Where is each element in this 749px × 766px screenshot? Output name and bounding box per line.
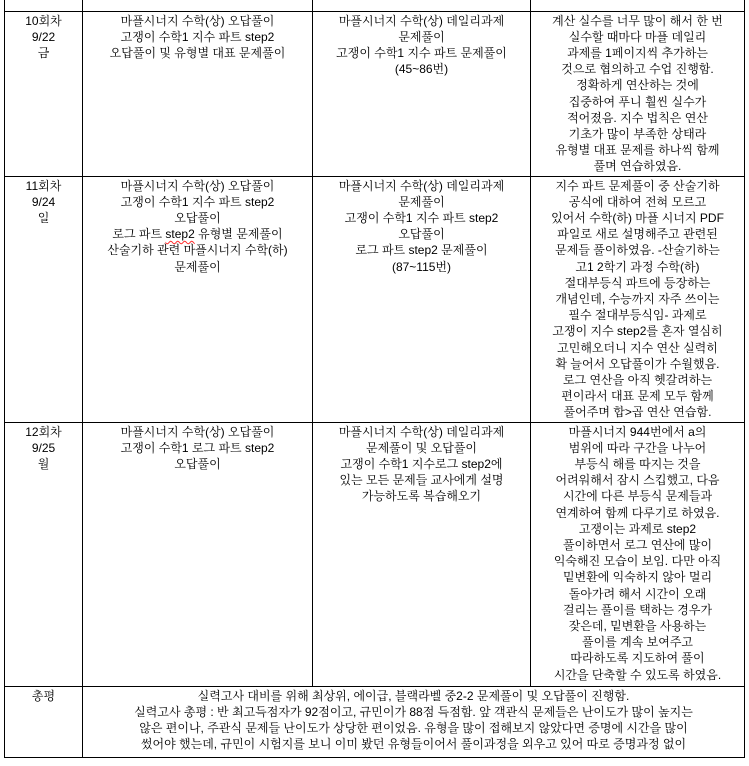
comment-cell: 계산 실수를 너무 많이 해서 한 번 실수할 때마다 마플 데일리 과제를 1… [531,11,745,176]
misspelled-word: step2 [165,227,194,241]
homework-cell: 마플시너지 수학(상) 데일리과제 문제풀이 고쟁이 수학1 지수 파트 ste… [313,176,531,422]
table-row-summary: 총평 실력고사 대비를 위해 최상위, 에이급, 블랙라벨 중2-2 문제풀이 … [5,686,745,757]
table-row-session-10: 10회차 9/22 금 마플시너지 수학(상) 오답풀이 고쟁이 수학1 지수 … [5,11,745,176]
lesson-cell: 마플시너지 수학(상) 오답풀이 고쟁이 수학1 지수 파트 step2 오답풀… [83,176,313,422]
session-cell: 12회차 9/25 월 [5,422,83,686]
stub-cell [5,0,83,11]
document-page: 10회차 9/22 금 마플시너지 수학(상) 오답풀이 고쟁이 수학1 지수 … [0,0,749,766]
session-cell: 11회차 9/24 일 [5,176,83,422]
homework-cell: 마플시너지 수학(상) 데일리과제 문제풀이 및 오답풀이 고쟁이 수학1 지수… [313,422,531,686]
table-row-session-12: 12회차 9/25 월 마플시너지 수학(상) 오답풀이 고쟁이 수학1 로그 … [5,422,745,686]
lesson-cell: 마플시너지 수학(상) 오답풀이 고쟁이 수학1 로그 파트 step2 오답풀… [83,422,313,686]
lesson-cell: 마플시너지 수학(상) 오답풀이 고쟁이 수학1 지수 파트 step2 오답풀… [83,11,313,176]
stub-cell [531,0,745,11]
table-stub-row [5,0,745,11]
homework-cell: 마플시너지 수학(상) 데일리과제 문제풀이 고쟁이 수학1 지수 파트 문제풀… [313,11,531,176]
comment-cell: 마플시너지 944번에서 a의 범위에 따라 구간을 나누어 부등식 해를 따지… [531,422,745,686]
stub-cell [313,0,531,11]
lesson-log-table: 10회차 9/22 금 마플시너지 수학(상) 오답풀이 고쟁이 수학1 지수 … [4,0,745,758]
table-row-session-11: 11회차 9/24 일 마플시너지 수학(상) 오답풀이 고쟁이 수학1 지수 … [5,176,745,422]
summary-label-cell: 총평 [5,686,83,757]
comment-cell: 지수 파트 문제풀이 중 산술기하 공식에 대하여 전혀 모르고 있어서 수학(… [531,176,745,422]
session-cell: 10회차 9/22 금 [5,11,83,176]
summary-text-cell: 실력고사 대비를 위해 최상위, 에이급, 블랙라벨 중2-2 문제풀이 및 오… [83,686,745,757]
stub-cell [83,0,313,11]
